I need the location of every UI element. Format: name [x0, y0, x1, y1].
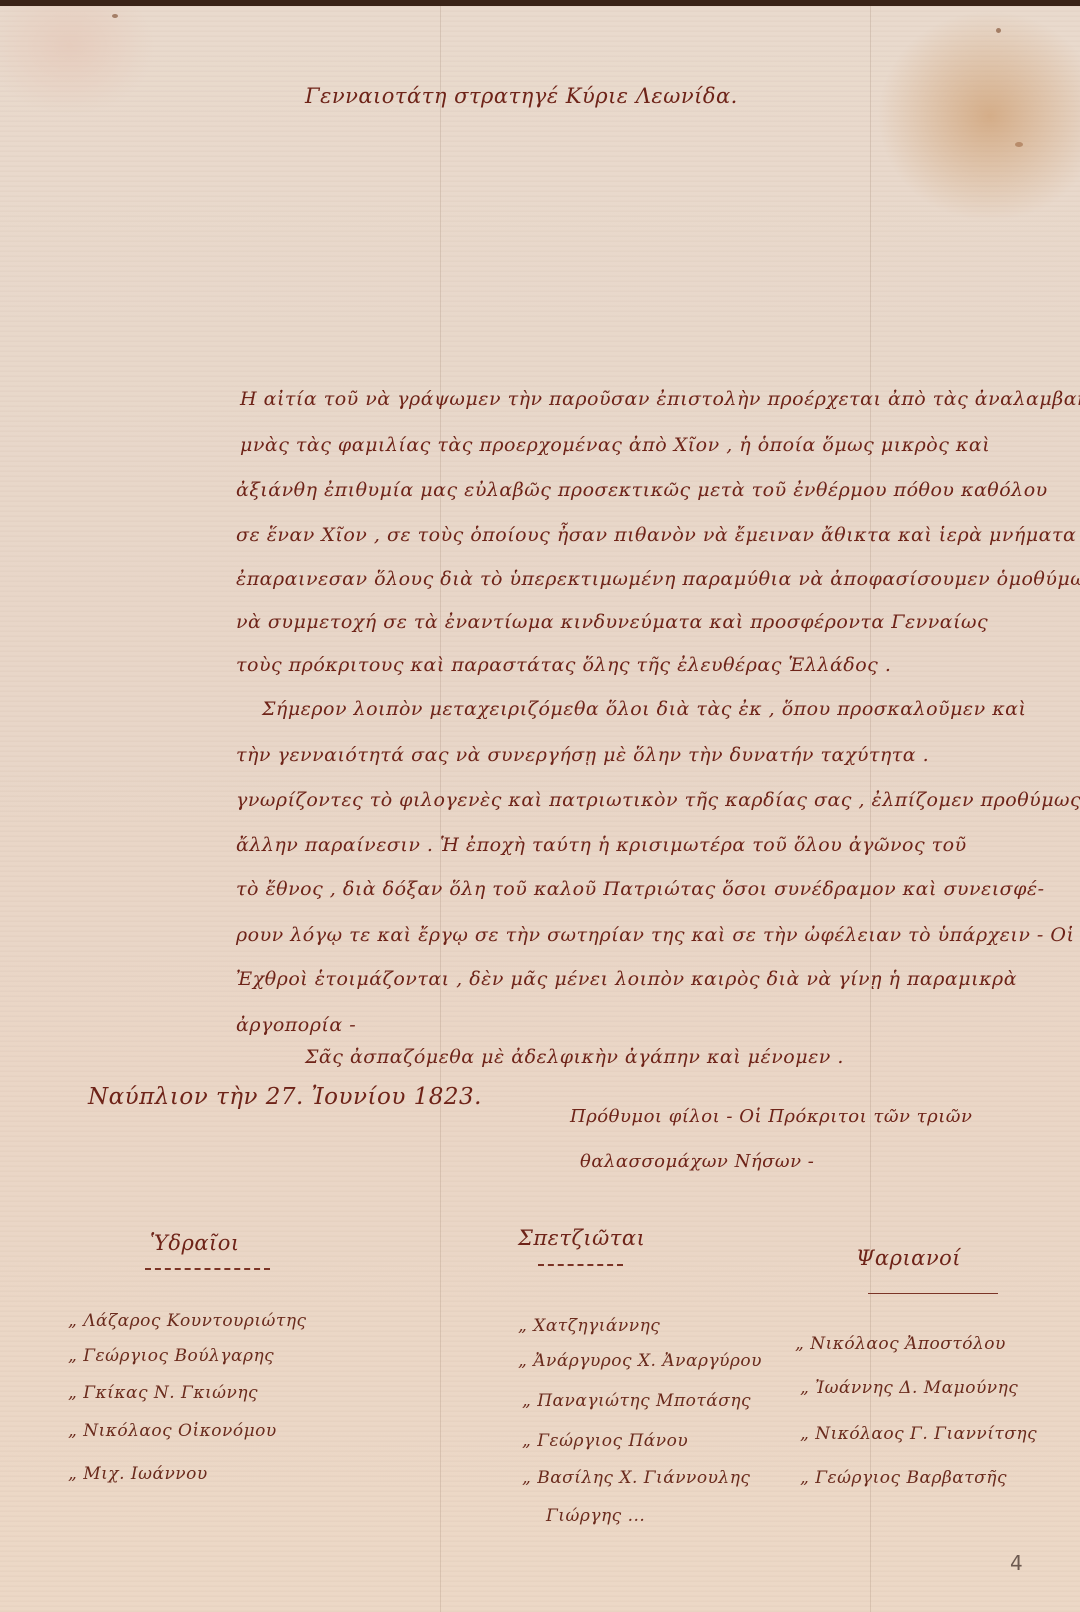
- water-stain: [1015, 142, 1023, 147]
- body-line: ἀξιάνθη ἐπιθυμία μας εὐλαβῶς προσεκτικῶς…: [236, 479, 1048, 501]
- ink-spot: [112, 14, 118, 18]
- signatory-name: „ Νικόλαος Ἀποστόλου: [795, 1334, 1006, 1354]
- body-line: γνωρίζοντες τὸ φιλογενὲς καὶ πατριωτικὸν…: [236, 789, 1080, 811]
- signatory-name: „ Γκίκας Ν. Γκιώνης: [68, 1383, 258, 1403]
- heading-underline: [868, 1293, 998, 1294]
- salutation: Γενναιοτάτη στρατηγέ Κύριε Λεωνίδα.: [305, 84, 738, 108]
- column-heading: Ὑδραῖοι: [150, 1231, 240, 1255]
- body-line: ἐπαραινεσαν ὅλους διὰ τὸ ὑπερεκτιμωμένη …: [236, 568, 1080, 590]
- body-line: ἀργοπορία -: [236, 1014, 356, 1036]
- heading-underline: [538, 1264, 623, 1266]
- letter-page: Γενναιοτάτη στρατηγέ Κύριε Λεωνίδα. Η αἰ…: [0, 6, 1080, 1612]
- signatory-name: „ Γεώργιος Βαρβατσῆς: [800, 1468, 1007, 1488]
- signatory-name: „ Νικόλαος Οἰκονόμου: [68, 1421, 277, 1441]
- signatory-name: „ Λάζαρος Κουντουριώτης: [68, 1311, 307, 1331]
- signatory-name: Γιώργης ...: [546, 1506, 645, 1526]
- body-line: σε ἕναν Χῖον , σε τοὺς ὁποίους ἦσαν πιθα…: [236, 524, 1076, 546]
- closing-line: Σᾶς ἀσπαζόμεθα μὲ ἀδελφικὴν ἀγάπην καὶ μ…: [305, 1046, 844, 1068]
- signatory-name: „ Ἀνάργυρος Χ. Ἀναργύρου: [518, 1351, 762, 1371]
- body-line: Ἐχθροὶ ἑτοιμάζονται , δὲν μᾶς μένει λοιπ…: [236, 968, 1017, 990]
- signatory-name: „ Βασίλης Χ. Γιάννουλης: [522, 1468, 750, 1488]
- signature-line: Πρόθυμοι φίλοι - Οἱ Πρόκριτοι τῶν τριῶν: [570, 1106, 972, 1127]
- body-line: ρουν λόγῳ τε καὶ ἔργῳ σε τὴν σωτηρίαν τη…: [236, 924, 1074, 946]
- ink-spot: [996, 28, 1001, 33]
- date-place: Ναύπλιον τὴν 27. Ἰουνίου 1823.: [88, 1084, 482, 1110]
- signatory-name: „ Ἰωάννης Δ. Μαμούνης: [800, 1378, 1018, 1398]
- signatory-name: „ Γεώργιος Πάνου: [522, 1431, 688, 1451]
- page-number: 4: [1010, 1551, 1023, 1575]
- body-line: Σήμερον λοιπὸν μεταχειριζόμεθα ὅλοι διὰ …: [262, 698, 1026, 720]
- body-line: ἄλλην παραίνεσιν . Ἡ ἐποχὴ ταύτη ἡ κρισι…: [236, 834, 967, 856]
- signatory-name: „ Παναγιώτης Μποτάσης: [522, 1391, 751, 1411]
- body-line: νὰ συμμετοχή σε τὰ ἐναντίωμα κινδυνεύματ…: [236, 611, 988, 633]
- signatory-name: „ Γεώργιος Βούλγαρης: [68, 1346, 274, 1366]
- signatory-name: „ Μιχ. Ιωάννου: [68, 1464, 208, 1484]
- body-line: τὴν γενναιότητά σας νὰ συνεργήσῃ μὲ ὅλην…: [236, 744, 929, 766]
- signatory-name: „ Νικόλαος Γ. Γιαννίτσης: [800, 1424, 1037, 1444]
- heading-underline: [145, 1268, 270, 1270]
- signature-line: θαλασσομάχων Νήσων -: [580, 1151, 814, 1172]
- signatory-name: „ Χατζηγιάννης: [518, 1316, 660, 1336]
- body-line: μνὰς τὰς φαμιλίας τὰς προερχομένας ἀπὸ Χ…: [240, 434, 990, 456]
- body-line: τοὺς πρόκριτους καὶ παραστάτας ὅλης τῆς …: [236, 654, 891, 676]
- column-heading: Σπετζιῶται: [518, 1226, 645, 1250]
- column-heading: Ψαριανοί: [856, 1246, 961, 1270]
- body-line: Η αἰτία τοῦ νὰ γράψωμεν τὴν παροῦσαν ἐπι…: [240, 388, 1080, 410]
- body-line: τὸ ἔθνος , διὰ δόξαν ὅλη τοῦ καλοῦ Πατρι…: [236, 878, 1045, 900]
